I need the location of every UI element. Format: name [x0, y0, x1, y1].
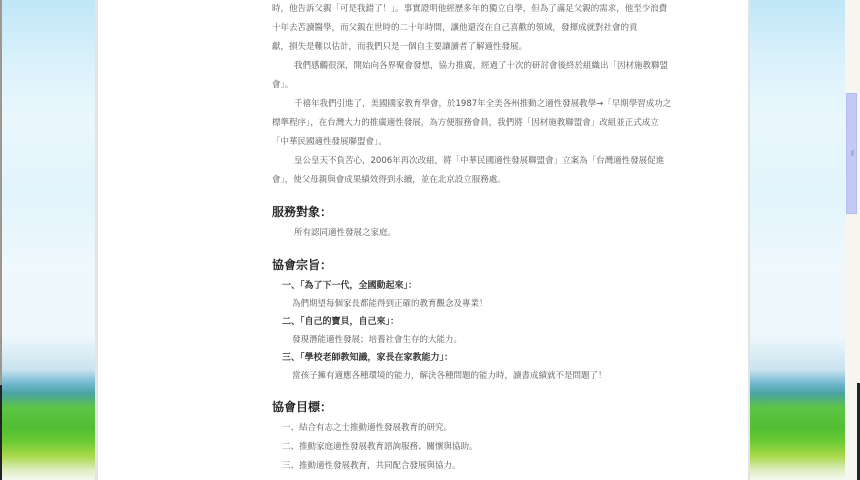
intro-paragraph-1: 時，他告訴父親「可是我錯了！」。事實證明他經歷多年的獨立自學，但為了滿足父親的需… [272, 0, 742, 57]
text-line: 時，他告訴父親「可是我錯了！」。事實證明他經歷多年的獨立自學，但為了滿足父親的需… [272, 0, 742, 19]
text-line: 千禧年我們引進了，美國國家教育學會，於1987年全美各州推動之適性發展教學→「早… [272, 95, 742, 114]
text-line: 皇公皇天不負苦心，2006年再次改組，將「中華民國適性發展聯盟會」立案為「台灣適… [272, 152, 742, 171]
intro-paragraph-2: 我們感觸很深，開始向各界聚會發想，協力推廣，經過了十次的研討會後終於組織出「因材… [272, 57, 742, 95]
text-line: 會」，使父母親與會成果績效得到永續，並在北京設立服務處。 [272, 171, 742, 190]
article-content: 時，他告訴父親「可是我錯了！」。事實證明他經歷多年的獨立自學，但為了滿足父親的需… [272, 0, 742, 476]
purpose-item-title: 三、「學校老師教知識，家長在家教能力」： [272, 349, 742, 367]
intro-paragraph-3: 千禧年我們引進了，美國國家教育學會，於1987年全美各州推動之適性發展教學→「早… [272, 95, 742, 152]
background-landscape-right [750, 0, 845, 480]
text-line: 我們感觸很深，開始向各界聚會發想，協力推廣，經過了十次的研討會後終於組織出「因材… [272, 57, 742, 76]
goal-item: 二、推動家庭適性發展教育諮詢服務、關懷與協助。 [272, 438, 742, 457]
text-line: 會」。 [272, 76, 742, 95]
purpose-item-body: 發現潛能適性發展；培養社會生存的大能力。 [272, 331, 742, 349]
purpose-item-body: 當孩子擁有適應各種環境的能力，解決各種問題的能力時，讀書成績就不是問題了！ [272, 367, 742, 385]
goal-item: 三、推動適性發展教育，共同配合發展與協力。 [272, 457, 742, 476]
text-line: 十年去苦讀醫學，而父親在世時的二十年時間，讓他還沒在自己喜歡的領域，發揮成就對社… [272, 19, 742, 38]
purpose-item-body: 為們期望每個家長都能得到正確的教育觀念及專業！ [272, 295, 742, 313]
service-body: 所有認同適性發展之家庭。 [272, 224, 742, 243]
scrollbar-thumb[interactable] [846, 93, 857, 214]
text-line: 獻，損失是難以估計，而我們只是一個自主要讓讀者了解適性發展。 [272, 38, 742, 57]
text-line: 「中華民國適性發展聯盟會」。 [272, 133, 742, 152]
text-line: 標準程序」，在台灣大力的推廣適性發展，為方便服務會員，我們將「因材施教聯盟會」改… [272, 114, 742, 133]
purpose-item-title: 一、「為了下一代，全國動起來」： [272, 277, 742, 295]
purpose-heading: 協會宗旨： [272, 255, 742, 275]
scrollbar-grip-icon [851, 150, 854, 156]
goals-heading: 協會目標： [272, 397, 742, 417]
service-heading: 服務對象： [272, 202, 742, 222]
purpose-item-title: 二、「自己的寶貝，自己來」： [272, 313, 742, 331]
goals-list: 一、結合有志之士推動適性發展教育的研究。 二、推動家庭適性發展教育諮詢服務、關懷… [272, 419, 742, 476]
background-landscape-left [2, 0, 95, 480]
purpose-list: 一、「為了下一代，全國動起來」： 為們期望每個家長都能得到正確的教育觀念及專業！… [272, 277, 742, 385]
intro-paragraph-4: 皇公皇天不負苦心，2006年再次改組，將「中華民國適性發展聯盟會」立案為「台灣適… [272, 152, 742, 190]
goal-item: 一、結合有志之士推動適性發展教育的研究。 [272, 419, 742, 438]
